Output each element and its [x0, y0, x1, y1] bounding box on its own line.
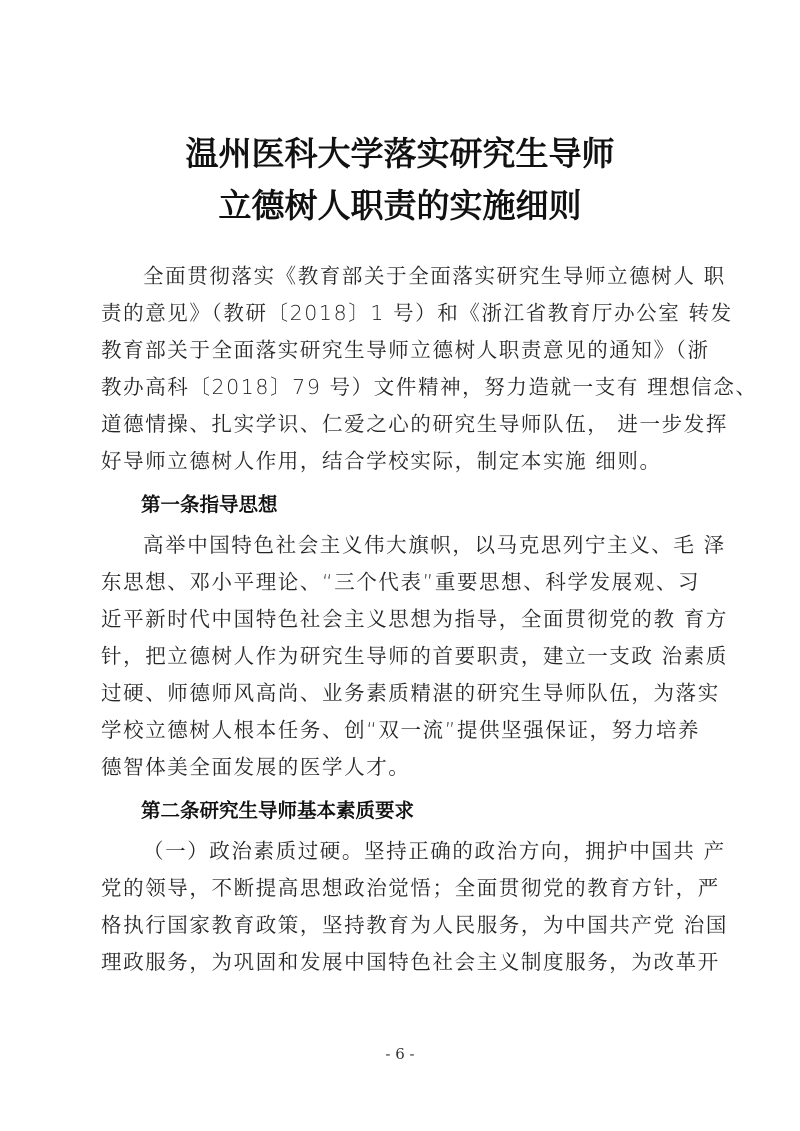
preamble-line: 好导师立德树人作用，结合学校实际，制定本实施 细则。 — [101, 448, 631, 474]
section-line: 党的领导，不断提高思想政治觉悟；全面贯彻党的教育方针，严 — [101, 875, 631, 901]
section-line: 格执行国家教育政策，坚持教育为人民服务，为中国共产党 治国 — [101, 912, 631, 938]
document-page: 温州医科大学落实研究生导师 立德树人职责的实施细则 全面贯彻落实《教育部关于全面… — [0, 0, 800, 1131]
section-line: 过硬、师德师风高尚、业务素质精湛的研究生导师队伍，为落实 — [101, 680, 631, 706]
section-line: （一）政治素质过硬。坚持正确的政治方向，拥护中国共 产 — [143, 838, 673, 864]
section-line: 针，把立德树人作为研究生导师的首要职责，建立一支政 治素质 — [101, 643, 631, 669]
section-line: 高举中国特色社会主义伟大旗帜，以马克思列宁主义、毛 泽 — [143, 532, 673, 558]
section-heading-guiding-ideology: 第一条指导思想 — [141, 492, 278, 518]
preamble-line: 教办高科〔2018〕79 号）文件精神，努力造就一支有 理想信念、 — [101, 374, 631, 400]
section-heading-basic-quality-requirements: 第二条研究生导师基本素质要求 — [141, 798, 414, 824]
section-line: 理政服务，为巩固和发展中国特色社会主义制度服务，为改革开 — [101, 949, 631, 975]
section-line: 近平新时代中国特色社会主义思想为指导，全面贯彻党的教 育方 — [101, 606, 631, 632]
document-title-line-1: 温州医科大学落实研究生导师 — [0, 128, 800, 175]
preamble-line: 教育部关于全面落实研究生导师立德树人职责意见的通知》（浙 — [101, 337, 631, 363]
preamble-line: 全面贯彻落实《教育部关于全面落实研究生导师立德树人 职 — [143, 263, 673, 289]
preamble-line: 道德情操、扎实学识、仁爱之心的研究生导师队伍， 进一步发挥 — [101, 411, 631, 437]
document-title-line-2: 立德树人职责的实施细则 — [0, 180, 800, 227]
section-line: 东思想、邓小平理论、“三个代表”重要思想、科学发展观、习 — [101, 569, 631, 595]
page-number: - 6 - — [0, 1045, 800, 1063]
section-line: 德智体美全面发展的医学人才。 — [101, 754, 631, 780]
section-line: 学校立德树人根本任务、创“双一流”提供坚强保证，努力培养 — [101, 717, 631, 743]
preamble-line: 责的意见》（教研〔2018〕1 号）和《浙江省教育厅办公室 转发 — [101, 300, 631, 326]
